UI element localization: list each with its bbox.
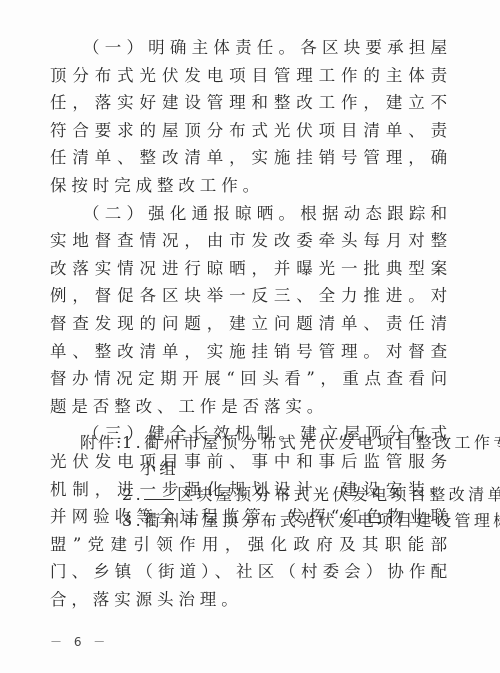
attachment-title: 衢州市屋顶分布式光伏发电项目整改工作专项推进 [144, 433, 500, 452]
attachments-list: 附件: 1.衢州市屋顶分布式光伏发电项目整改工作专项推进 小组 2.区块屋顶分布… [80, 430, 460, 534]
attachment-title: 衢州市屋顶分布式光伏发电项目建设管理标准 [144, 511, 500, 530]
blank-underline [144, 483, 174, 500]
attachment-item-3: 3.衢州市屋顶分布式光伏发电项目建设管理标准 [80, 508, 460, 534]
attachment-number: 3. [122, 511, 144, 530]
attachment-title-cont: 小组 [80, 456, 179, 482]
page-number: － 6 － [50, 633, 109, 650]
attachment-item-2: 2.区块屋顶分布式光伏发电项目整改清单 [80, 482, 460, 508]
paragraph-main-responsibility: （一）明确主体责任。各区块要承担屋顶分布式光伏发电项目管理工作的主体责任，落实好… [50, 34, 452, 200]
attachment-number: 2. [122, 485, 144, 504]
attachment-number: 1. [122, 433, 144, 452]
attachment-title: 区块屋顶分布式光伏发电项目整改清单 [177, 485, 500, 504]
attachment-item-1: 附件: 1.衢州市屋顶分布式光伏发电项目整改工作专项推进 [80, 430, 460, 456]
paragraph-notification: （二）强化通报晾晒。根据动态跟踪和实地督查情况，由市发改委牵头每月对整改落实情况… [50, 200, 452, 421]
document-page: （一）明确主体责任。各区块要承担屋顶分布式光伏发电项目管理工作的主体责任，落实好… [0, 0, 500, 673]
attachment-item-1-cont: 小组 [80, 456, 460, 482]
attachments-label: 附件: [80, 430, 122, 456]
